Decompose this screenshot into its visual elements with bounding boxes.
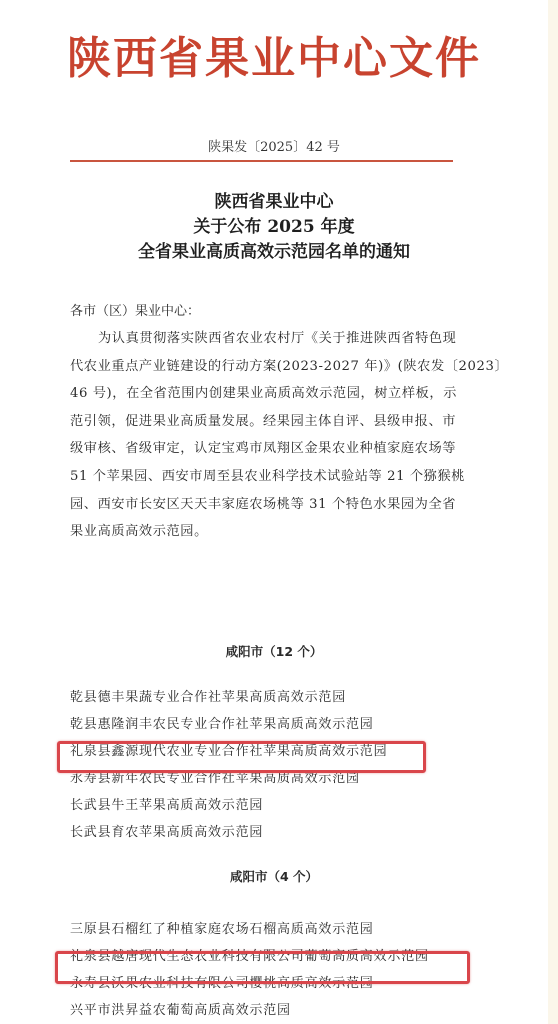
notice-title: 陕西省果业中心 关于公布 2025 年度 全省果业高质高效示范园名单的通知	[0, 190, 548, 265]
body-line: 级审核、省级审定，认定宝鸡市凤翔区金果农业种植家庭农场等	[70, 435, 482, 463]
salutation: 各市（区）果业中心：	[70, 300, 200, 319]
body-line: 为认真贯彻落实陕西省农业农村厅《关于推进陕西省特色现	[70, 325, 482, 353]
section-title-xianyang-fruit: 咸阳市（4 个）	[0, 867, 548, 885]
highlight-box-grape-entry	[55, 951, 470, 984]
page-edge	[548, 0, 558, 1024]
body-line: 46 号)，在全省范围内创建果业高质高效示范园，树立样板，示	[70, 380, 482, 408]
list-item: 乾县惠隆润丰农民专业合作社苹果高质高效示范园	[70, 711, 387, 738]
red-divider-rule	[70, 160, 453, 162]
body-paragraph: 为认真贯彻落实陕西省农业农村厅《关于推进陕西省特色现 代农业重点产业链建设的行动…	[70, 325, 482, 546]
body-line: 51 个苹果园、西安市周至县农业科学技术试验站等 21 个猕猴桃	[70, 463, 482, 491]
list-item: 三原县石榴红了种植家庭农场石榴高质高效示范园	[70, 916, 429, 943]
section-title-xianyang-apple: 咸阳市（12 个）	[0, 642, 548, 660]
highlight-box-apple-entry	[57, 741, 426, 773]
notice-title-line-3: 全省果业高质高效示范园名单的通知	[0, 240, 548, 265]
notice-title-line-2: 关于公布 2025 年度	[0, 215, 548, 240]
body-line: 园、西安市长安区天天丰家庭农场桃等 31 个特色水果园为全省	[70, 491, 482, 519]
body-line: 果业高质高效示范园。	[70, 518, 482, 546]
body-line: 范引领，促进果业高质量发展。经果园主体自评、县级申报、市	[70, 408, 482, 436]
list-item: 长武县牛王苹果高质高效示范园	[70, 792, 387, 819]
list-item: 乾县德丰果蔬专业合作社苹果高质高效示范园	[70, 684, 387, 711]
document-page: 陕西省果业中心文件 陕果发〔2025〕42 号 陕西省果业中心 关于公布 202…	[0, 0, 548, 1024]
masthead-title: 陕西省果业中心文件	[0, 22, 548, 86]
list-item: 兴平市洪昇益农葡萄高质高效示范园	[70, 997, 429, 1024]
notice-title-line-1: 陕西省果业中心	[0, 190, 548, 215]
body-line: 代农业重点产业链建设的行动方案(2023-2027 年)》(陕农发〔2023〕	[70, 353, 482, 381]
document-number: 陕果发〔2025〕42 号	[0, 136, 548, 155]
list-item: 长武县育农苹果高质高效示范园	[70, 819, 387, 846]
